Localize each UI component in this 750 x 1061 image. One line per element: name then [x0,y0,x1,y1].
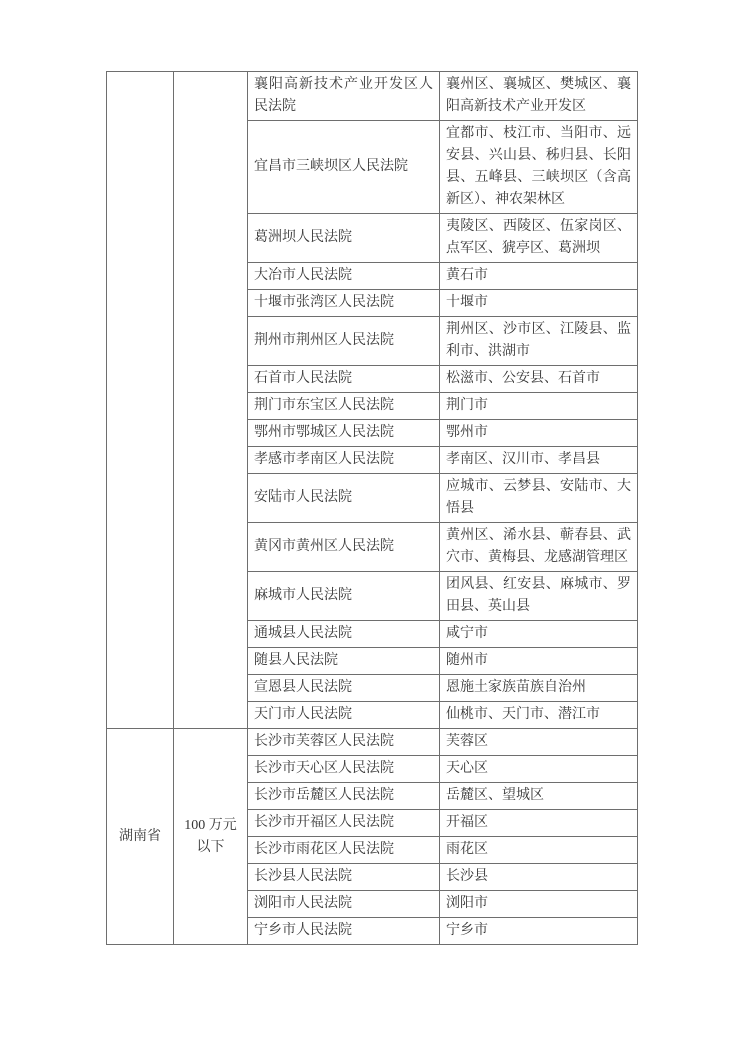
table-row: 襄阳高新技术产业开发区人民法院襄州区、襄城区、樊城区、襄阳高新技术产业开发区 [107,72,638,121]
jurisdiction-area-cell: 团风县、红安县、麻城市、罗田县、英山县 [440,572,638,621]
court-name-cell: 长沙县人民法院 [248,864,440,891]
court-name-cell: 宜昌市三峡坝区人民法院 [248,121,440,214]
jurisdiction-area-cell: 应城市、云梦县、安陆市、大悟县 [440,474,638,523]
court-name-cell: 长沙市开福区人民法院 [248,810,440,837]
jurisdiction-area-cell: 鄂州市 [440,420,638,447]
court-name-cell: 麻城市人民法院 [248,572,440,621]
jurisdiction-area-cell: 长沙县 [440,864,638,891]
jurisdiction-area-cell: 荆门市 [440,393,638,420]
court-name-cell: 随县人民法院 [248,648,440,675]
jurisdiction-area-cell: 仙桃市、天门市、潜江市 [440,702,638,729]
jurisdiction-area-cell: 夷陵区、西陵区、伍家岗区、点军区、猇亭区、葛洲坝 [440,214,638,263]
jurisdiction-area-cell: 雨花区 [440,837,638,864]
court-name-cell: 石首市人民法院 [248,366,440,393]
jurisdiction-area-cell: 黄石市 [440,263,638,290]
court-name-cell: 荆州市荆州区人民法院 [248,317,440,366]
jurisdiction-area-cell: 随州市 [440,648,638,675]
court-name-cell: 荆门市东宝区人民法院 [248,393,440,420]
court-name-cell: 鄂州市鄂城区人民法院 [248,420,440,447]
jurisdiction-area-cell: 荆州区、沙市区、江陵县、监利市、洪湖市 [440,317,638,366]
court-name-cell: 宣恩县人民法院 [248,675,440,702]
court-name-cell: 孝感市孝南区人民法院 [248,447,440,474]
jurisdiction-area-cell: 宜都市、枝江市、当阳市、远安县、兴山县、秭归县、长阳县、五峰县、三峡坝区（含高新… [440,121,638,214]
court-name-cell: 天门市人民法院 [248,702,440,729]
jurisdiction-area-cell: 开福区 [440,810,638,837]
jurisdiction-area-cell: 岳麓区、望城区 [440,783,638,810]
court-name-cell: 长沙市芙蓉区人民法院 [248,729,440,756]
jurisdiction-area-cell: 恩施土家族苗族自治州 [440,675,638,702]
court-name-cell: 宁乡市人民法院 [248,918,440,945]
jurisdiction-area-cell: 松滋市、公安县、石首市 [440,366,638,393]
court-name-cell: 长沙市雨花区人民法院 [248,837,440,864]
jurisdiction-area-cell: 黄州区、浠水县、蕲春县、武穴市、黄梅县、龙感湖管理区 [440,523,638,572]
jurisdiction-area-cell: 天心区 [440,756,638,783]
court-jurisdiction-table: 襄阳高新技术产业开发区人民法院襄州区、襄城区、樊城区、襄阳高新技术产业开发区宜昌… [106,71,638,945]
jurisdiction-area-cell: 襄州区、襄城区、樊城区、襄阳高新技术产业开发区 [440,72,638,121]
court-name-cell: 通城县人民法院 [248,621,440,648]
amount-threshold-cell [174,72,248,729]
court-name-cell: 大冶市人民法院 [248,263,440,290]
jurisdiction-area-cell: 芙蓉区 [440,729,638,756]
court-name-cell: 十堰市张湾区人民法院 [248,290,440,317]
court-name-cell: 襄阳高新技术产业开发区人民法院 [248,72,440,121]
jurisdiction-area-cell: 孝南区、汉川市、孝昌县 [440,447,638,474]
province-cell: 湖南省 [107,729,174,945]
jurisdiction-area-cell: 十堰市 [440,290,638,317]
court-name-cell: 浏阳市人民法院 [248,891,440,918]
province-cell [107,72,174,729]
court-name-cell: 黄冈市黄州区人民法院 [248,523,440,572]
court-name-cell: 长沙市天心区人民法院 [248,756,440,783]
court-name-cell: 长沙市岳麓区人民法院 [248,783,440,810]
jurisdiction-area-cell: 宁乡市 [440,918,638,945]
document-page: 襄阳高新技术产业开发区人民法院襄州区、襄城区、樊城区、襄阳高新技术产业开发区宜昌… [0,0,750,1061]
table-row: 湖南省100 万元以下长沙市芙蓉区人民法院芙蓉区 [107,729,638,756]
amount-threshold-cell: 100 万元以下 [174,729,248,945]
court-name-cell: 安陆市人民法院 [248,474,440,523]
court-name-cell: 葛洲坝人民法院 [248,214,440,263]
jurisdiction-area-cell: 咸宁市 [440,621,638,648]
jurisdiction-area-cell: 浏阳市 [440,891,638,918]
